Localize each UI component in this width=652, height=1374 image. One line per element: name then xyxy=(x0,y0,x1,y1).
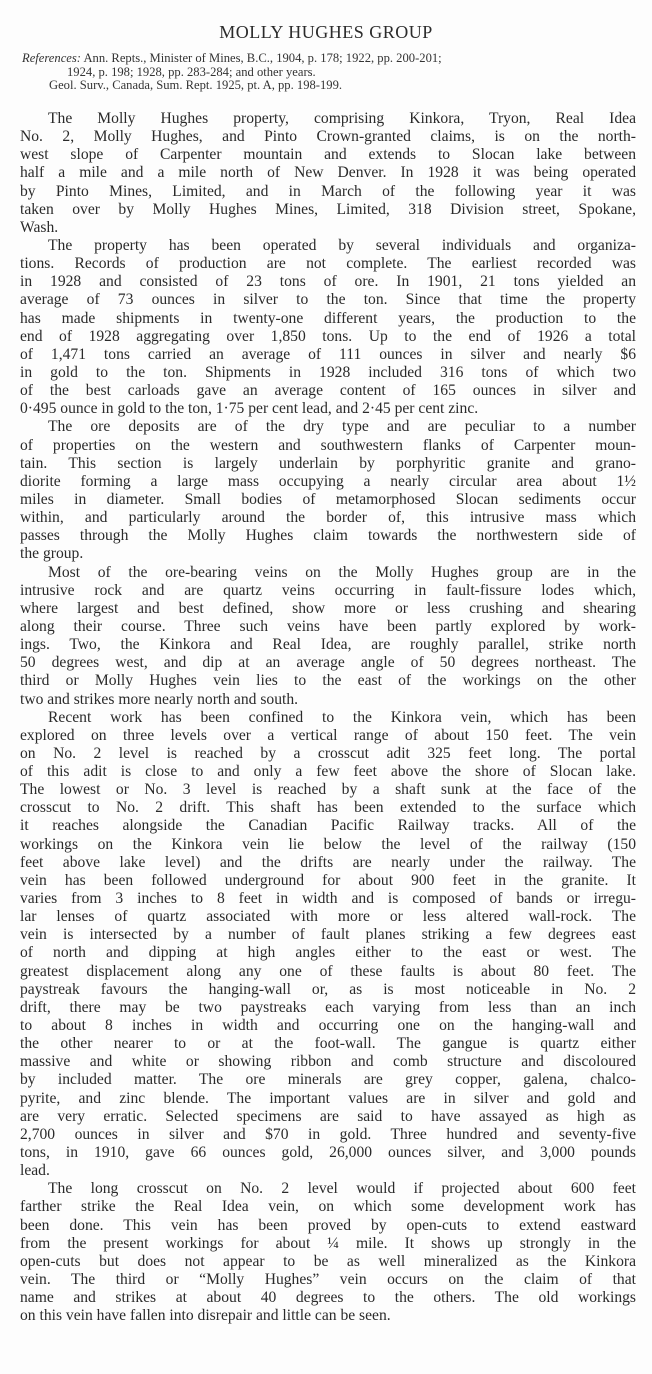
text-line: average of 73 ounces in silver to the to… xyxy=(20,291,636,309)
body-text: The Molly Hughes property, comprising Ki… xyxy=(20,110,636,1325)
text-line: The lowest or No. 3 level is reached by … xyxy=(20,781,636,799)
text-line: Wash. xyxy=(20,219,636,237)
text-line: passes through the Molly Hughes claim to… xyxy=(20,527,636,545)
text-line: of north and dipping at high angles eith… xyxy=(20,944,636,962)
text-line: explored on three levels over a vertical… xyxy=(20,727,636,745)
text-line: diorite forming a large mass occupying a… xyxy=(20,473,636,491)
text-line: of the best carloads gave an average con… xyxy=(20,382,636,400)
text-line: west slope of Carpenter mountain and ext… xyxy=(20,146,636,164)
reference-line: 1924, p. 198; 1928, pp. 283-284; and oth… xyxy=(22,66,637,80)
text-line: vein. The third or “Molly Hughes” vein o… xyxy=(20,1271,636,1289)
text-line: vein is intersected by a number of fault… xyxy=(20,926,636,944)
text-line: tions. Records of production are not com… xyxy=(20,255,636,273)
text-line: from the present workings for about ¼ mi… xyxy=(20,1235,636,1253)
references-label: References: xyxy=(22,51,81,65)
text-line: tons, in 1910, gave 66 ounces gold, 26,0… xyxy=(20,1144,636,1162)
text-line: on this vein have fallen into disrepair … xyxy=(20,1307,636,1325)
document-page: MOLLY HUGHES GROUP References: Ann. Rept… xyxy=(0,0,652,1374)
text-line: workings on the Kinkora vein lie below t… xyxy=(20,836,636,854)
text-line: of properties on the western and southwe… xyxy=(20,437,636,455)
text-line: varies from 3 inches to 8 feet in width … xyxy=(20,890,636,908)
text-line: third or Molly Hughes vein lies to the e… xyxy=(20,672,636,690)
paragraph: Most of the ore-bearing veins on the Mol… xyxy=(20,564,636,709)
text-line: of this adit is close to and only a few … xyxy=(20,763,636,781)
text-line: end of 1928 aggregating over 1,850 tons.… xyxy=(20,328,636,346)
text-line: ings. Two, the Kinkora and Real Idea, ar… xyxy=(20,636,636,654)
text-line: has made shipments in twenty-one differe… xyxy=(20,310,636,328)
text-line: where largest and best defined, show mor… xyxy=(20,600,636,618)
text-line: two and strikes more nearly north and so… xyxy=(20,691,636,709)
text-line: Most of the ore-bearing veins on the Mol… xyxy=(20,564,636,582)
references-block: References: Ann. Repts., Minister of Min… xyxy=(22,52,637,93)
text-line: Recent work has been confined to the Kin… xyxy=(20,709,636,727)
text-line: along their course. Three such veins hav… xyxy=(20,618,636,636)
text-line: miles in diameter. Small bodies of metam… xyxy=(20,491,636,509)
text-line: tain. This section is largely underlain … xyxy=(20,455,636,473)
text-line: taken over by Molly Hughes Mines, Limite… xyxy=(20,201,636,219)
reference-line: References: Ann. Repts., Minister of Min… xyxy=(22,52,637,66)
text-line: open-cuts but does not appear to be as w… xyxy=(20,1253,636,1271)
text-line: vein has been followed underground for a… xyxy=(20,872,636,890)
text-line: pyrite, and zinc blende. The important v… xyxy=(20,1090,636,1108)
paragraph: The property has been operated by severa… xyxy=(20,237,636,418)
text-line: been done. This vein has been proved by … xyxy=(20,1217,636,1235)
paragraph: The long crosscut on No. 2 level would i… xyxy=(20,1180,636,1325)
text-line: are very erratic. Selected specimens are… xyxy=(20,1108,636,1126)
text-line: The Molly Hughes property, comprising Ki… xyxy=(20,110,636,128)
section-title: MOLLY HUGHES GROUP xyxy=(0,22,652,43)
paragraph: Recent work has been confined to the Kin… xyxy=(20,709,636,1181)
text-line: No. 2, Molly Hughes, and Pinto Crown-gra… xyxy=(20,128,636,146)
text-line: in gold to the ton. Shipments in 1928 in… xyxy=(20,364,636,382)
text-line: half a mile and a mile north of New Denv… xyxy=(20,164,636,182)
text-line: lead. xyxy=(20,1162,636,1180)
reference-text: Ann. Repts., Minister of Mines, B.C., 19… xyxy=(83,51,441,65)
text-line: The long crosscut on No. 2 level would i… xyxy=(20,1180,636,1198)
text-line: in 1928 and consisted of 23 tons of ore.… xyxy=(20,273,636,291)
text-line: drift, there may be two paystreaks each … xyxy=(20,999,636,1017)
text-line: 50 degrees west, and dip at an average a… xyxy=(20,654,636,672)
text-line: intrusive rock and are quartz veins occu… xyxy=(20,582,636,600)
text-line: The ore deposits are of the dry type and… xyxy=(20,418,636,436)
text-line: to about 8 inches in width and occurring… xyxy=(20,1017,636,1035)
text-line: the other nearer to or at the foot-wall.… xyxy=(20,1035,636,1053)
text-line: by Pinto Mines, Limited, and in March of… xyxy=(20,183,636,201)
text-line: 0·495 ounce in gold to the ton, 1·75 per… xyxy=(20,400,636,418)
text-line: massive and white or showing ribbon and … xyxy=(20,1053,636,1071)
text-line: of 1,471 tons carried an average of 111 … xyxy=(20,346,636,364)
text-line: feet above lake level) and the drifts ar… xyxy=(20,854,636,872)
text-line: crosscut to No. 2 drift. This shaft has … xyxy=(20,799,636,817)
paragraph: The Molly Hughes property, comprising Ki… xyxy=(20,110,636,237)
text-line: within, and particularly around the bord… xyxy=(20,509,636,527)
text-line: on No. 2 level is reached by a crosscut … xyxy=(20,745,636,763)
text-line: by included matter. The ore minerals are… xyxy=(20,1071,636,1089)
text-line: the group. xyxy=(20,545,636,563)
text-line: The property has been operated by severa… xyxy=(20,237,636,255)
text-line: greatest displacement along any one of t… xyxy=(20,963,636,981)
text-line: paystreak favours the hanging-wall or, a… xyxy=(20,981,636,999)
text-line: 2,700 ounces in silver and $70 in gold. … xyxy=(20,1126,636,1144)
text-line: farther strike the Real Idea vein, on wh… xyxy=(20,1198,636,1216)
paragraph: The ore deposits are of the dry type and… xyxy=(20,418,636,563)
text-line: it reaches alongside the Canadian Pacifi… xyxy=(20,817,636,835)
text-line: name and strikes at about 40 degrees to … xyxy=(20,1289,636,1307)
text-line: lar lenses of quartz associated with mor… xyxy=(20,908,636,926)
reference-line: Geol. Surv., Canada, Sum. Rept. 1925, pt… xyxy=(22,79,637,93)
